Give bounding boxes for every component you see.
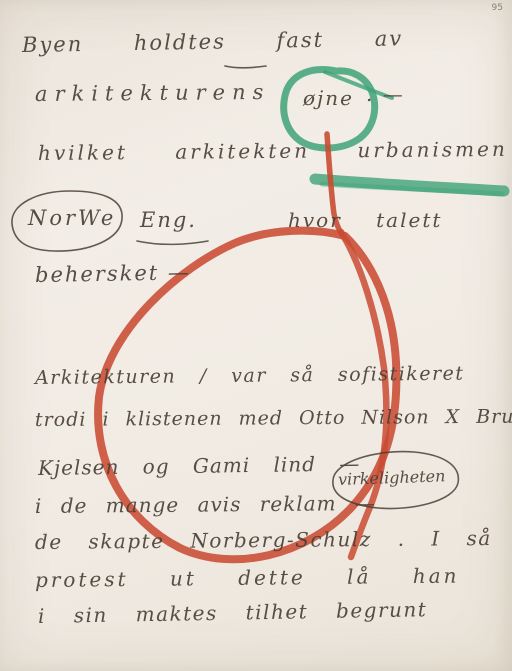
word-eng: Eng. [140, 208, 197, 232]
handwritten-line-4-right: hvor talett [288, 208, 442, 232]
word-virkeligheten: virkeligheten [338, 466, 446, 489]
handwritten-line-5: behersket — [35, 260, 191, 287]
handwritten-line-8: Kjelsen og Gami lind — [38, 452, 361, 480]
dash-after-ojne: . — [366, 82, 405, 106]
handwritten-line-11: protest ut dette lå han [35, 564, 460, 592]
handwritten-line-2: arkitekturens [35, 80, 271, 106]
word-norwe: NorWe [28, 206, 116, 230]
handwritten-line-6: Arkitekturen / var så sofistikeret [35, 363, 465, 389]
handwritten-line-7: trodi i klistenen med Otto Nilson X Brui… [35, 406, 512, 431]
ink-underline-eng [137, 241, 208, 244]
handwritten-line-9: i de mange avis reklam — [35, 491, 376, 518]
handwritten-line-10: de skapte Norberg-Schulz . I så [35, 526, 492, 554]
ink-underline-fast [225, 66, 266, 68]
word-ojne: øjne [303, 86, 354, 110]
manuscript-page: 95 Byen holdtes fast av arkitekturens øj… [0, 0, 512, 671]
handwritten-line-3: hvilket arkitekten urbanismen — [38, 136, 512, 165]
